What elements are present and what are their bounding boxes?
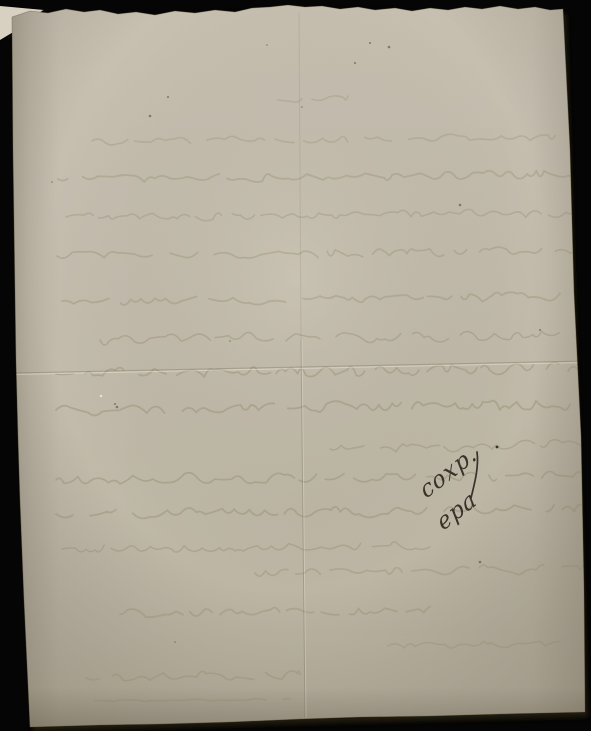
annotation-period-dot xyxy=(496,446,499,449)
paper-speck xyxy=(149,115,152,118)
paper-speck xyxy=(51,181,53,183)
paper-speck xyxy=(301,106,303,108)
paper-speck xyxy=(167,96,169,98)
paper-speck xyxy=(388,46,391,49)
paper-speck xyxy=(539,329,541,331)
paper-speck xyxy=(266,44,268,46)
paper-speck xyxy=(229,340,231,342)
paper-speck xyxy=(116,406,119,409)
paper-speck xyxy=(459,204,462,207)
paper-speck xyxy=(369,42,371,44)
paper-speck xyxy=(354,62,356,64)
paper-speck xyxy=(100,395,102,397)
paper-speck xyxy=(174,641,176,643)
paper-speck xyxy=(114,403,116,405)
paper-texture: сохр. ера xyxy=(0,0,591,731)
scanned-letter-page: сохр. ера xyxy=(0,0,591,731)
paper-speck xyxy=(479,561,482,564)
letter-scan-canvas: сохр. ера xyxy=(0,0,591,731)
